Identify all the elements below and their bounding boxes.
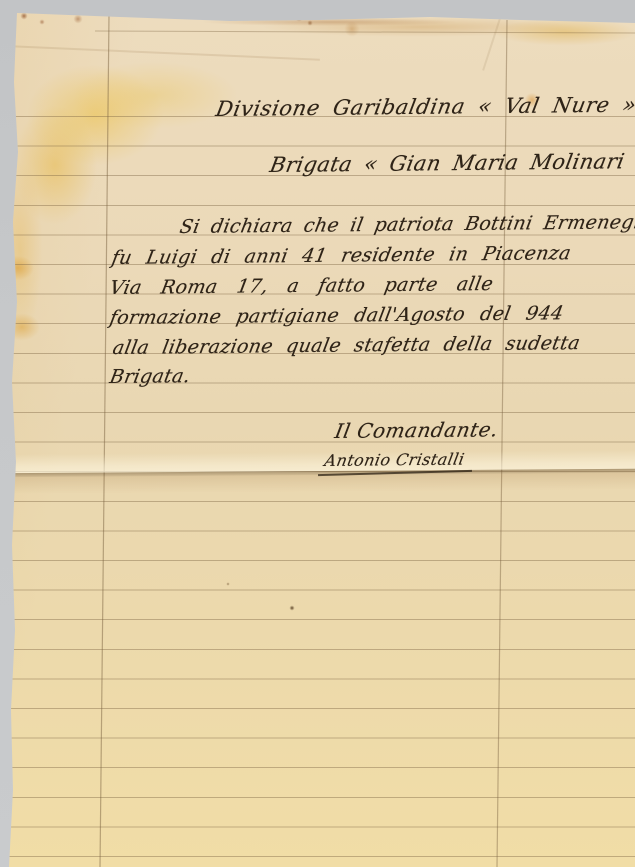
heading-division: Divisione Garibaldina « Val Nure » bbox=[214, 93, 635, 121]
margin-line-right bbox=[497, 20, 507, 867]
heading-brigade: Brigata « Gian Maria Molinari » bbox=[268, 149, 635, 177]
body-line: Via Roma 17, a fatto parte alle bbox=[108, 273, 495, 299]
closing-role: Il Comandante. bbox=[333, 417, 500, 443]
body-line: Brigata. bbox=[108, 365, 192, 388]
header-rule-line bbox=[95, 31, 635, 33]
margin-lines bbox=[0, 0, 635, 867]
scanned-document-page: { "scan": { "background_color": "#c6c8ca… bbox=[0, 0, 635, 867]
signature: Antonio Cristalli bbox=[323, 450, 466, 470]
paper-sheet: Divisione Garibaldina « Val Nure » Briga… bbox=[0, 0, 635, 867]
body-line: Si dichiara che il patriota Bottini Erme… bbox=[178, 211, 635, 238]
margin-line-left bbox=[100, 15, 109, 867]
